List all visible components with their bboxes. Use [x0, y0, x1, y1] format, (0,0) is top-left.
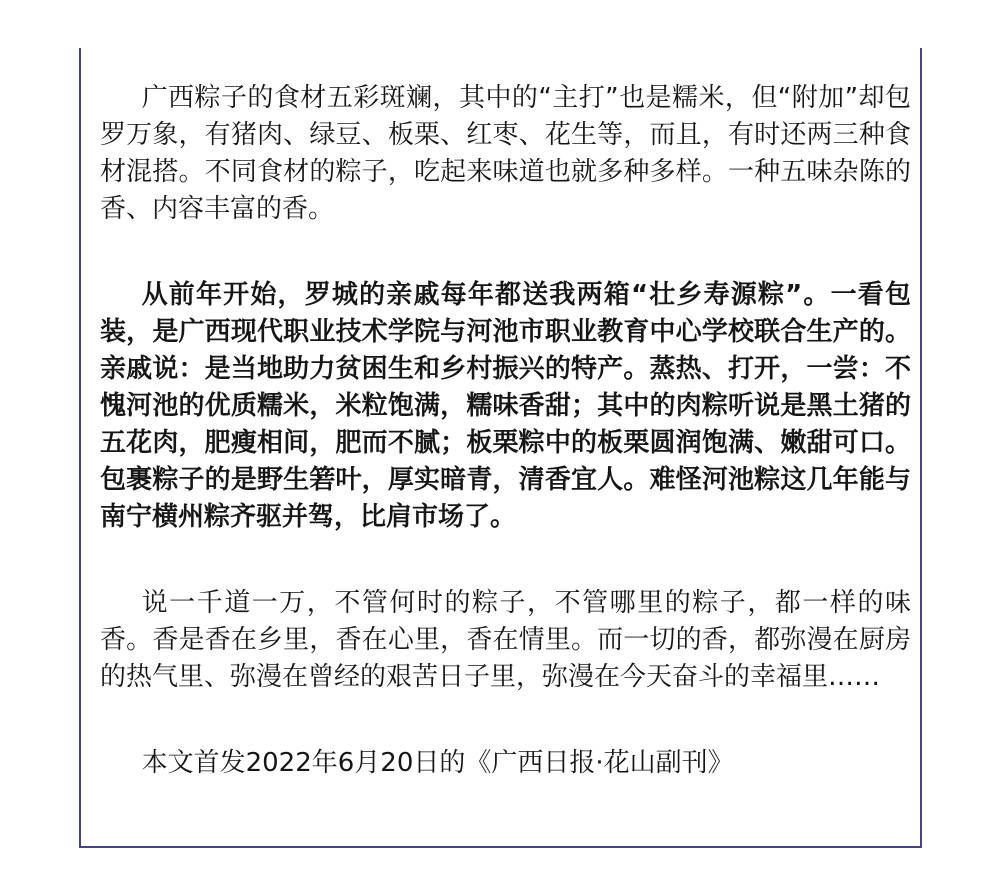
paragraph-2: 从前年开始，罗城的亲戚每年都送我两箱“壮乡寿源粽”。一看包装，是广西现代职业技术…	[100, 277, 911, 536]
paragraph-3: 说一千道一万，不管何时的粽子，不管哪里的粽子，都一样的味香。香是香在乡里，香在心…	[100, 585, 911, 696]
article-body: 广西粽子的食材五彩斑斓，其中的“主打”也是糯米，但“附加”却包罗万象，有猪肉、绿…	[100, 80, 911, 831]
paragraph-1: 广西粽子的食材五彩斑斓，其中的“主打”也是糯米，但“附加”却包罗万象，有猪肉、绿…	[100, 80, 911, 228]
footnote: 本文首发2022年6月20日的《广西日报·花山副刊》	[100, 745, 911, 782]
page-frame: 广西粽子的食材五彩斑斓，其中的“主打”也是糯米，但“附加”却包罗万象，有猪肉、绿…	[79, 48, 922, 848]
